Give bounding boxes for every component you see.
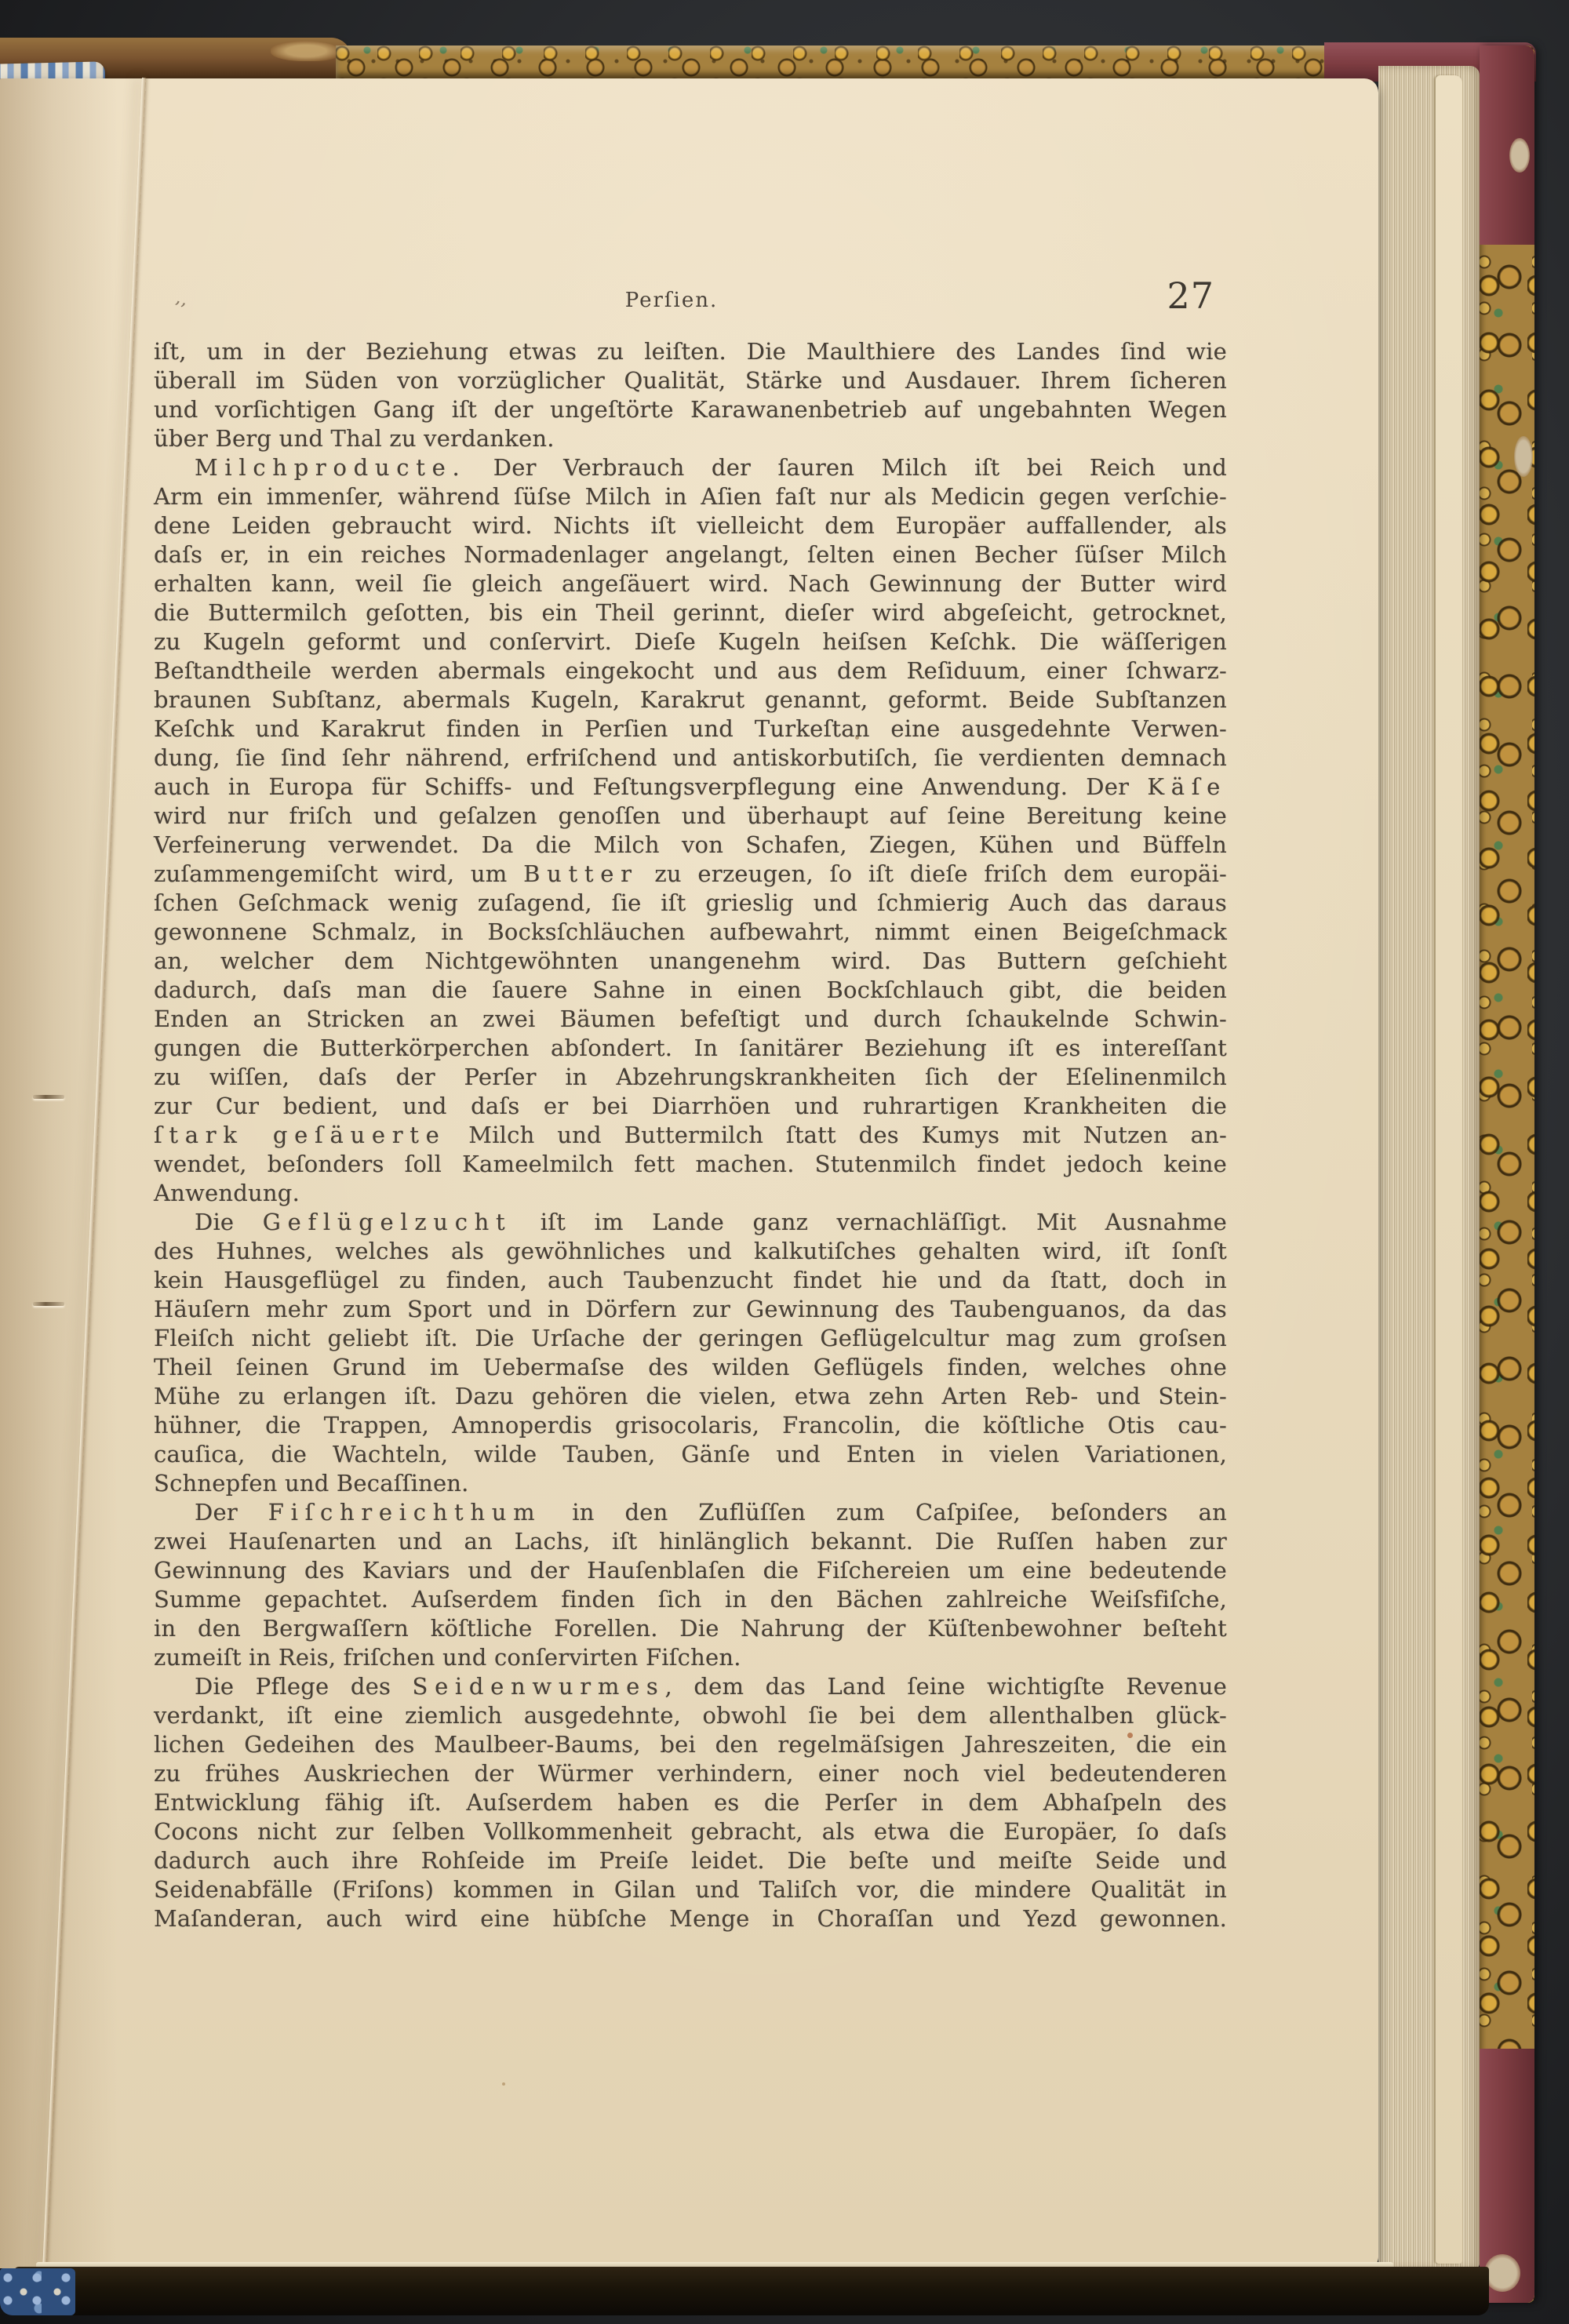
text-segment: Gewinnung des Kaviars und der Hauſenblaſ…: [154, 1557, 1227, 1584]
text-segment: Schnepfen und Becaſſinen.: [154, 1470, 469, 1497]
text-segment: Anwendung.: [154, 1180, 300, 1206]
text-line: Seidenabfälle (Friſons) kommen in Gilan …: [154, 1875, 1227, 1904]
text-line: braunen Subſtanz, abermals Kugeln, Karak…: [154, 686, 1227, 715]
letterspaced-word: Geflügelzucht: [263, 1209, 512, 1235]
text-line: Arm ein immenſer, während ſüſse Milch in…: [154, 482, 1227, 511]
text-line: Gewinnung des Kaviars und der Hauſenblaſ…: [154, 1556, 1227, 1585]
text-segment: wendet, beſonders ſoll Kameelmilch fett …: [154, 1151, 1227, 1177]
leather-wear-patch: [1509, 138, 1530, 173]
text-segment: Der: [195, 1499, 268, 1526]
text-line: Die Geflügelzucht iſt im Lande ganz vern…: [154, 1208, 1227, 1237]
text-segment: Keſchk und Karakrut finden in Perſien un…: [154, 715, 1227, 742]
text-line: cauſica, die Wachteln, wilde Tauben, Gän…: [154, 1440, 1227, 1469]
text-line: wendet, beſonders ſoll Kameelmilch fett …: [154, 1150, 1227, 1179]
text-segment: dene Leiden gebraucht wird. Nichts iſt v…: [154, 512, 1227, 539]
text-segment: Entwicklung fähig iſt. Auſserdem haben e…: [154, 1789, 1227, 1816]
text-line: erhalten kann, weil ſie gleich angeſäuer…: [154, 569, 1227, 598]
text-segment: Summe gepachtet. Auſserdem finden ſich i…: [154, 1586, 1227, 1613]
text-segment: Cocons nicht zur ſelben Vollkommenheit g…: [154, 1818, 1227, 1845]
scanned-book-photo: { "page": { "header": "Perſien.", "page_…: [0, 0, 1569, 2324]
text-segment: zumeiſt in Reis, friſchen und conſervirt…: [154, 1644, 741, 1671]
text-segment: zuſammengemiſcht wird, um: [154, 860, 523, 887]
text-line: an, welcher dem Nichtgewöhnten unangeneh…: [154, 947, 1227, 976]
text-line: Cocons nicht zur ſelben Vollkommenheit g…: [154, 1817, 1227, 1846]
text-segment: ſchen Geſchmack wenig zuſagend, ſie iſt …: [154, 889, 1227, 916]
text-segment: braunen Subſtanz, abermals Kugeln, Karak…: [154, 686, 1227, 713]
text-line: über Berg und Thal zu verdanken.: [154, 424, 1227, 453]
letterspaced-word: ſtark geſäuerte: [154, 1122, 446, 1148]
text-segment: Beſtandtheile werden abermals eingekocht…: [154, 657, 1227, 684]
text-segment: Verfeinerung verwendet. Da die Milch von…: [154, 831, 1227, 858]
text-line: Theil ſeinen Grund im Uebermaſse des wil…: [154, 1353, 1227, 1382]
running-header: Perſien.: [154, 289, 1189, 312]
text-line: dadurch, daſs man die ſauere Sahne in ei…: [154, 976, 1227, 1005]
text-line: Anwendung.: [154, 1179, 1227, 1208]
letterspaced-word: Fiſchreichthum: [268, 1499, 542, 1526]
binding-stitch: [33, 1095, 64, 1099]
text-line: zu wiſſen, daſs der Perſer in Abzehrungs…: [154, 1063, 1227, 1092]
text-segment: auch in Europa für Schiffs- und Feſtungs…: [154, 773, 1147, 800]
text-segment: daſs er, in ein reiches Normadenlager an…: [154, 541, 1227, 568]
text-line: dadurch auch ihre Rohſeide im Preiſe lei…: [154, 1846, 1227, 1875]
text-segment: hühner, die Trappen, Amnoperdis grisocol…: [154, 1412, 1227, 1438]
text-segment: in den Zuflüſſen zum Caſpiſee, beſonders…: [541, 1499, 1227, 1526]
text-segment: Seidenabfälle (Friſons) kommen in Gilan …: [154, 1876, 1227, 1903]
text-segment: cauſica, die Wachteln, wilde Tauben, Gän…: [154, 1441, 1227, 1468]
text-line: hühner, die Trappen, Amnoperdis grisocol…: [154, 1411, 1227, 1440]
underlying-page-edge: [1436, 75, 1462, 2264]
text-segment: gewonnene Schmalz, in Bocksſchläuchen au…: [154, 918, 1227, 945]
marbled-cover-top-edge: [336, 45, 1336, 80]
text-segment: überall im Süden von vorzüglicher Qualit…: [154, 367, 1227, 394]
text-segment: zu Kugeln geformt und conſervirt. Dieſe …: [154, 628, 1227, 655]
text-segment: des Huhnes, welches als gewöhnliches und…: [154, 1238, 1227, 1264]
text-segment: zwei Hauſenarten und an Lachs, iſt hinlä…: [154, 1528, 1227, 1555]
text-line: gewonnene Schmalz, in Bocksſchläuchen au…: [154, 918, 1227, 947]
text-segment: Die: [195, 1209, 263, 1235]
text-segment: zu frühes Auskriechen der Würmer verhind…: [154, 1760, 1227, 1787]
letterspaced-word: Seidenwurmes: [413, 1673, 665, 1700]
letterspaced-word: Butter: [523, 860, 639, 887]
text-segment: und vorſichtigen Gang iſt der ungeſtörte…: [154, 396, 1227, 423]
text-line: lichen Gedeihen des Maulbeer-Baums, bei …: [154, 1730, 1227, 1759]
text-line: des Huhnes, welches als gewöhnliches und…: [154, 1237, 1227, 1266]
text-line: ſtark geſäuerte Milch und Buttermilch ſt…: [154, 1121, 1227, 1150]
text-segment: lichen Gedeihen des Maulbeer-Baums, bei …: [154, 1731, 1227, 1758]
text-line: Enden an Stricken an zwei Bäumen befeſti…: [154, 1005, 1227, 1034]
marbled-cover-right-edge: [1480, 45, 1534, 2303]
text-line: kein Hausgeflügel zu finden, auch Tauben…: [154, 1266, 1227, 1295]
text-segment: zur Cur bedient, und daſs er bei Diarrhö…: [154, 1093, 1227, 1119]
page-number: 27: [1083, 275, 1214, 317]
text-segment: die Buttermilch geſotten, bis ein Theil …: [154, 599, 1227, 626]
text-segment: gungen die Butterkörperchen abſondert. I…: [154, 1035, 1227, 1061]
text-line: Schnepfen und Becaſſinen.: [154, 1469, 1227, 1498]
letterspaced-word: Käſe: [1147, 773, 1227, 800]
text-segment: zu wiſſen, daſs der Perſer in Abzehrungs…: [154, 1064, 1227, 1090]
text-segment: über Berg und Thal zu verdanken.: [154, 425, 555, 452]
text-line: zu Kugeln geformt und conſervirt. Dieſe …: [154, 627, 1227, 656]
leather-wear-patch: [1484, 2254, 1520, 2292]
text-line: zuſammengemiſcht wird, um Butter zu erze…: [154, 860, 1227, 889]
text-line: Keſchk und Karakrut finden in Perſien un…: [154, 715, 1227, 744]
text-segment: dadurch auch ihre Rohſeide im Preiſe lei…: [154, 1847, 1227, 1874]
text-line: Fleiſch nicht geliebt iſt. Die Urſache d…: [154, 1324, 1227, 1353]
text-segment: wird nur friſch und geſalzen genoſſen un…: [154, 802, 1227, 829]
text-line: zu frühes Auskriechen der Würmer verhind…: [154, 1759, 1227, 1788]
text-line: dene Leiden gebraucht wird. Nichts iſt v…: [154, 511, 1227, 540]
text-line: die Buttermilch geſotten, bis ein Theil …: [154, 598, 1227, 627]
text-line: Der Fiſchreichthum in den Zuflüſſen zum …: [154, 1498, 1227, 1527]
text-line: Entwicklung fähig iſt. Auſserdem haben e…: [154, 1788, 1227, 1817]
letterspaced-word: Milchproducte.: [195, 454, 466, 481]
text-line: Milchproducte. Der Verbrauch der ſauren …: [154, 453, 1227, 482]
text-segment: verdankt, iſt eine ziemlich ausgedehnte,…: [154, 1702, 1227, 1729]
text-line: ſchen Geſchmack wenig zuſagend, ſie iſt …: [154, 889, 1227, 918]
text-segment: Der Verbrauch der ſauren Milch iſt bei R…: [466, 454, 1227, 481]
text-line: Die Pflege des Seidenwurmes, dem das Lan…: [154, 1672, 1227, 1701]
text-segment: Mühe zu erlangen iſt. Dazu gehören die v…: [154, 1383, 1227, 1409]
text-line: zwei Hauſenarten und an Lachs, iſt hinlä…: [154, 1527, 1227, 1556]
binding-stitch: [33, 1302, 64, 1306]
text-segment: dung, ſie ſind ſehr nährend, erfriſchend…: [154, 744, 1227, 771]
text-line: verdankt, iſt eine ziemlich ausgedehnte,…: [154, 1701, 1227, 1730]
text-segment: Fleiſch nicht geliebt iſt. Die Urſache d…: [154, 1325, 1227, 1351]
text-line: und vorſichtigen Gang iſt der ungeſtörte…: [154, 395, 1227, 424]
text-line: dung, ſie ſind ſehr nährend, erfriſchend…: [154, 744, 1227, 773]
page-edge-stack: [1378, 66, 1480, 2268]
text-segment: Milch und Buttermilch ſtatt des Kumys mi…: [446, 1122, 1228, 1148]
text-line: auch in Europa für Schiffs- und Feſtungs…: [154, 773, 1227, 802]
text-segment: zu erzeugen, ſo iſt dieſe friſch dem eur…: [639, 860, 1227, 887]
leather-wear-patch: [1514, 436, 1533, 477]
text-line: überall im Süden von vorzüglicher Qualit…: [154, 366, 1227, 395]
text-line: in den Bergwaſſern köſtliche Forellen. D…: [154, 1614, 1227, 1643]
foxing-speck: [502, 2082, 505, 2086]
spine-wear-patch: [271, 41, 341, 61]
text-segment: kein Hausgeflügel zu finden, auch Tauben…: [154, 1267, 1227, 1293]
text-segment: Maſanderan, auch wird eine hübſche Menge…: [154, 1905, 1227, 1932]
text-segment: dadurch, daſs man die ſauere Sahne in ei…: [154, 977, 1227, 1003]
text-line: zumeiſt in Reis, friſchen und conſervirt…: [154, 1643, 1227, 1672]
text-line: Maſanderan, auch wird eine hübſche Menge…: [154, 1904, 1227, 1933]
marbled-fragment-bottom-left: [0, 2268, 75, 2315]
text-segment: an, welcher dem Nichtgewöhnten unangeneh…: [154, 947, 1227, 974]
text-line: Summe gepachtet. Auſserdem finden ſich i…: [154, 1585, 1227, 1614]
text-line: Beſtandtheile werden abermals eingekocht…: [154, 656, 1227, 686]
text-line: Häuſern mehr zum Sport und in Dörfern zu…: [154, 1295, 1227, 1324]
text-segment: in den Bergwaſſern köſtliche Forellen. D…: [154, 1615, 1227, 1642]
cover-bottom-edge: [14, 2267, 1489, 2315]
text-line: gungen die Butterkörperchen abſondert. I…: [154, 1034, 1227, 1063]
text-segment: Die Pflege des: [195, 1673, 413, 1700]
text-line: Mühe zu erlangen iſt. Dazu gehören die v…: [154, 1382, 1227, 1411]
text-line: iſt, um in der Beziehung etwas zu leiſte…: [154, 337, 1227, 366]
text-line: wird nur friſch und geſalzen genoſſen un…: [154, 802, 1227, 831]
text-line: zur Cur bedient, und daſs er bei Diarrhö…: [154, 1092, 1227, 1121]
text-segment: Theil ſeinen Grund im Uebermaſse des wil…: [154, 1354, 1227, 1380]
text-line: Verfeinerung verwendet. Da die Milch von…: [154, 831, 1227, 860]
text-segment: iſt, um in der Beziehung etwas zu leiſte…: [154, 338, 1227, 365]
text-segment: erhalten kann, weil ſie gleich angeſäuer…: [154, 570, 1227, 597]
text-segment: Arm ein immenſer, während ſüſse Milch in…: [154, 483, 1227, 510]
text-segment: iſt im Lande ganz vernachläſſigt. Mit Au…: [511, 1209, 1227, 1235]
text-segment: Häuſern mehr zum Sport und in Dörfern zu…: [154, 1296, 1227, 1322]
text-block: iſt, um in der Beziehung etwas zu leiſte…: [154, 337, 1227, 1933]
text-segment: Enden an Stricken an zwei Bäumen befeſti…: [154, 1006, 1227, 1032]
text-line: daſs er, in ein reiches Normadenlager an…: [154, 540, 1227, 569]
text-segment: , dem das Land ſeine wichtigſte Revenue: [665, 1673, 1227, 1700]
